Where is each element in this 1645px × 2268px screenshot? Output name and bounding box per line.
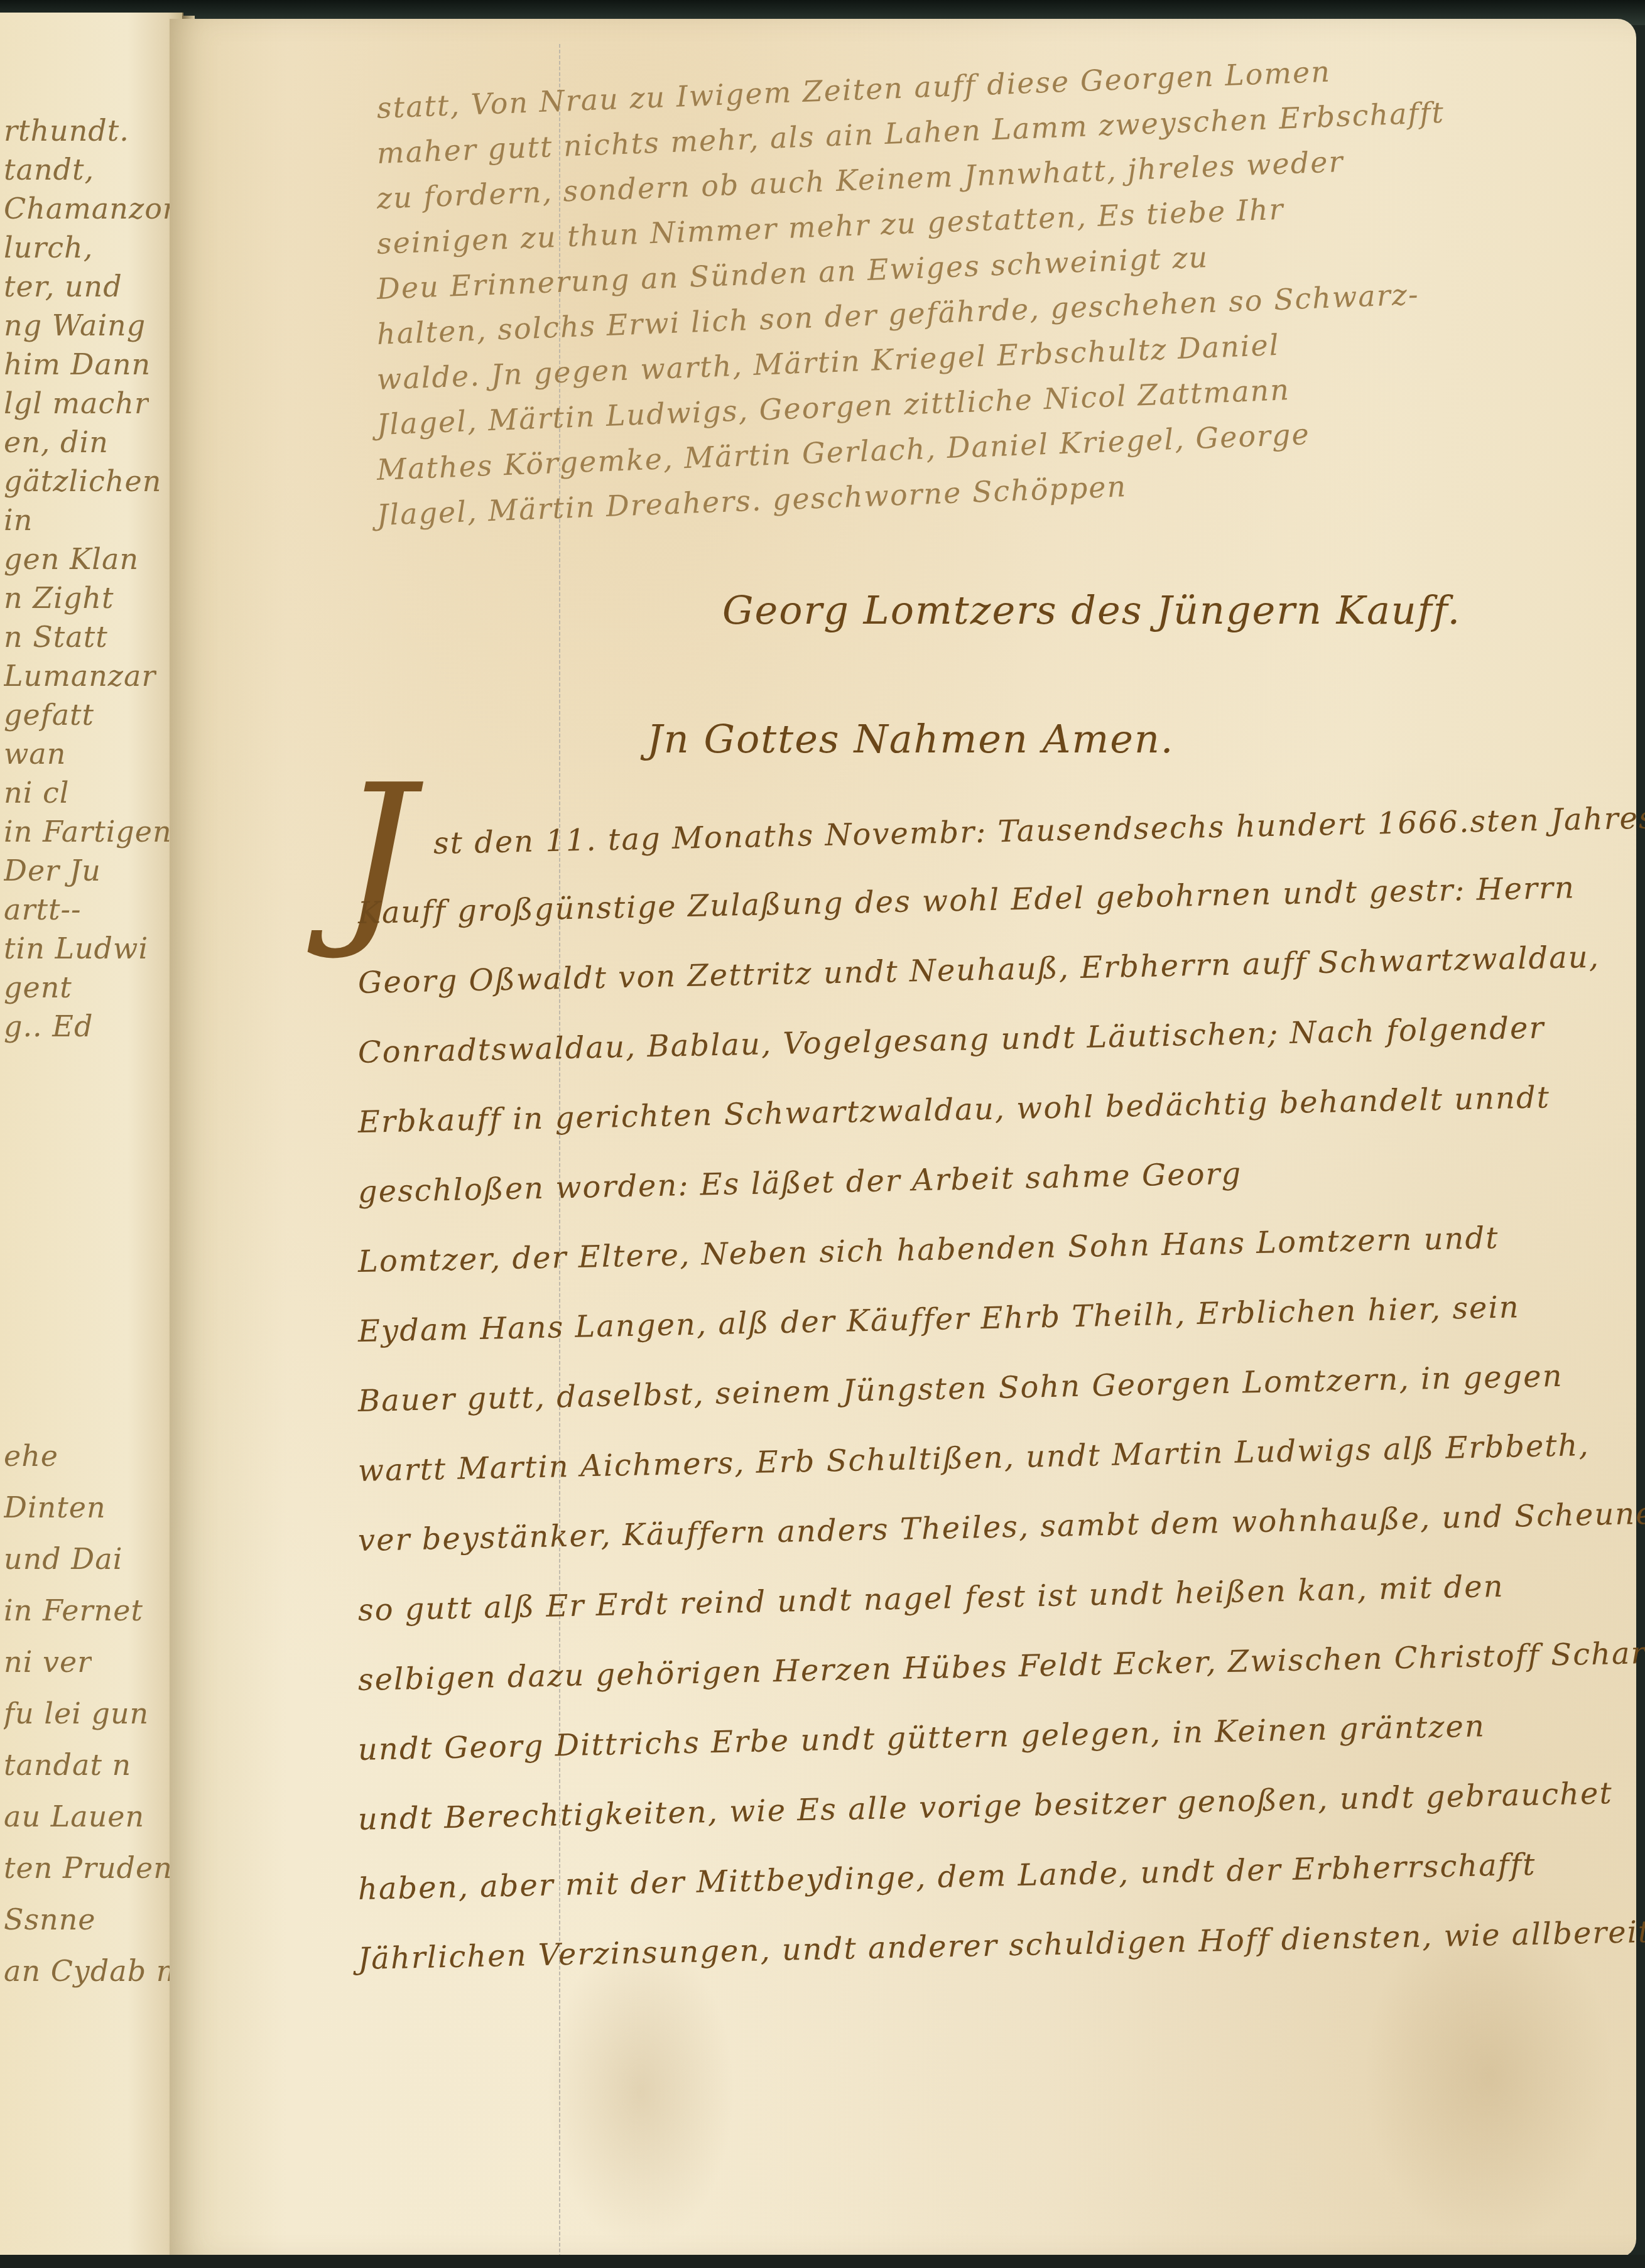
main-entry-line: selbigen dazu gehörigen Herzen Hübes Fel… (357, 1634, 1645, 1698)
previous-page-line: Der Ju (4, 853, 101, 888)
previous-page-line: lgl machr (4, 386, 149, 421)
previous-page-line: gätzlichen (4, 464, 161, 499)
previous-page-line: lurch, (4, 230, 93, 265)
previous-page-line: Lumanzar (4, 658, 156, 693)
previous-page-line: tandt, (4, 152, 94, 187)
manuscript-page: 47. statt, Von Nrau zu Iwigem Zeiten auf… (170, 19, 1636, 2258)
paper-stain (1363, 1903, 1614, 2249)
main-entry-line: geschloßen worden: Es läßet der Arbeit s… (357, 1156, 1242, 1210)
previous-page-line: und Dai (4, 1541, 122, 1576)
paper-stain (546, 1934, 735, 2249)
previous-page-line: Chamanzorn (4, 191, 196, 226)
previous-page-line: him Dann (4, 347, 151, 382)
previous-page-line: ng Waing (4, 308, 146, 343)
main-entry-line: wartt Martin Aichmers, Erb Schultißen, u… (357, 1428, 1590, 1489)
previous-page-line: gent (4, 970, 72, 1005)
previous-page-line: gen Klan (4, 541, 139, 577)
invocation-heading: Jn Gottes Nahmen Amen. (647, 716, 1175, 762)
previous-page-line: artt-- (4, 892, 81, 927)
main-entry-line: so gutt alß Er Erdt reind undt nagel fes… (357, 1569, 1504, 1628)
previous-page-line: in (4, 502, 33, 538)
previous-page-line: an Cydab n (4, 1953, 175, 1989)
previous-page-line: gefatt (4, 697, 94, 732)
previous-page-line: tin Ludwi (4, 931, 148, 966)
previous-page-line: ter, und (4, 269, 122, 304)
previous-page-line: ni cl (4, 775, 69, 810)
previous-page-line: ehe (4, 1438, 58, 1473)
previous-page-line: rthundt. (4, 113, 129, 148)
entry-title: Georg Lomtzers des Jüngern Kauff. (722, 587, 1461, 633)
previous-page-edge: rthundt.tandt,Chamanzornlurch,ter, undng… (0, 13, 183, 2261)
main-entry-line: Kauff großgünstige Zulaßung des wohl Ede… (357, 870, 1575, 931)
previous-page-line: en, din (4, 425, 109, 460)
previous-page-line: ten Pruden (4, 1850, 173, 1885)
previous-page-line: in Fernet (4, 1593, 143, 1628)
main-entry-line: Conradtswaldau, Bablau, Vogelgesang undt… (357, 1010, 1545, 1070)
main-entry-line: undt Georg Dittrichs Erbe undt güttern g… (357, 1708, 1485, 1767)
main-entry-line: haben, aber mit der Mittbeydinge, dem La… (357, 1847, 1536, 1907)
main-entry-line: Georg Oßwaldt von Zettritz undt Neuhauß,… (357, 940, 1600, 1001)
previous-page-line: Ssnne (4, 1902, 96, 1937)
previous-page-line: g.. Ed (4, 1009, 93, 1044)
binding-bottom-edge (0, 2255, 1645, 2268)
main-entry-line: Eydam Hans Langen, alß der Käuffer Ehrb … (357, 1289, 1520, 1349)
main-entry-line: Erbkauff in gerichten Schwartzwaldau, wo… (357, 1080, 1550, 1140)
previous-page-line: wan (4, 736, 66, 771)
previous-page-line: n Statt (4, 619, 108, 654)
previous-page-line: tandat n (4, 1747, 131, 1782)
main-entry-line: ver beystänker, Käuffern anders Theiles,… (357, 1495, 1645, 1558)
main-entry-line: Lomtzer, der Eltere, Neben sich habenden… (357, 1220, 1499, 1279)
previous-page-line: n Zight (4, 580, 114, 616)
previous-page-line: in Fartigen (4, 814, 172, 849)
previous-page-line: ni ver (4, 1644, 92, 1679)
previous-page-line: fu lei gun (4, 1696, 149, 1731)
main-entry-line: Bauer gutt, daselbst, seinem Jüngsten So… (357, 1359, 1563, 1419)
previous-page-line: au Lauen (4, 1799, 144, 1834)
main-entry-line: undt Berechtigkeiten, wie Es alle vorige… (357, 1776, 1613, 1837)
previous-page-line: Dinten (4, 1490, 106, 1525)
main-entry-line: st den 11. tag Monaths Novembr: Tausends… (433, 799, 1645, 861)
